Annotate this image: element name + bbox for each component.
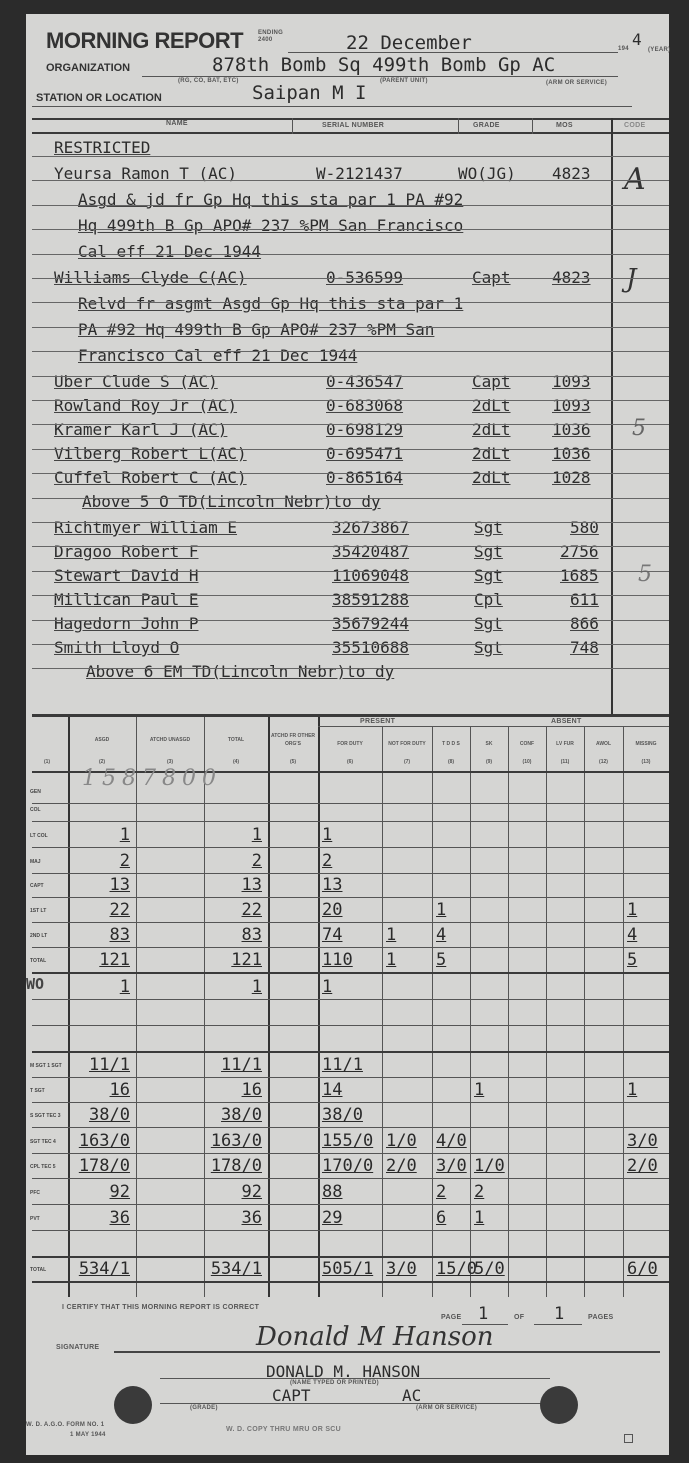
roster-serial: 11069048 xyxy=(332,566,409,585)
roster-grade: 2dLt xyxy=(472,420,511,439)
table-row-divider xyxy=(32,947,669,948)
table-cell: 83 xyxy=(68,925,130,945)
table-row-divider xyxy=(32,922,669,923)
roster-grade: Sgt xyxy=(474,518,503,537)
roster-name: Smith Lloyd O xyxy=(54,638,179,657)
roster-serial: 0-695471 xyxy=(326,444,403,463)
roster-rule-line xyxy=(32,522,669,523)
roster-remark: Francisco Cal eff 21 Dec 1944 xyxy=(78,346,357,365)
table-cell: 4 xyxy=(627,925,637,945)
roster-name: Hagedorn John P xyxy=(54,614,199,633)
roster-remark: Cal eff 21 Dec 1944 xyxy=(78,242,261,261)
table-cell: 110 xyxy=(322,950,353,970)
page-number: 1 xyxy=(478,1304,488,1324)
table-cell: 29 xyxy=(322,1208,342,1228)
pages-label: PAGES xyxy=(588,1314,614,1321)
row-label: T SGT xyxy=(30,1088,45,1094)
table-cell: 2 xyxy=(68,851,130,871)
table-column-divider xyxy=(584,726,585,1297)
column-header: ASGD(2) xyxy=(68,722,136,766)
table-cell: 163/0 xyxy=(194,1131,262,1151)
arm-caption: (ARM OR SERVICE) xyxy=(416,1405,477,1411)
roster-rule-line xyxy=(32,620,669,621)
table-cell: 13 xyxy=(204,875,262,895)
col-header-serial: SERIAL NUMBER xyxy=(322,122,384,129)
table-cell: 38/0 xyxy=(194,1105,262,1125)
form-date: 1 MAY 1944 xyxy=(70,1432,106,1438)
roster-grade: Sgt xyxy=(474,542,503,561)
table-cell: 6/0 xyxy=(627,1259,658,1279)
roster-grade: 2dLt xyxy=(472,468,511,487)
signature: Donald M Hanson xyxy=(256,1322,494,1352)
table-cell: 88 xyxy=(322,1182,342,1202)
row-label: SGT TEC 4 xyxy=(30,1139,56,1145)
table-cell: 4/0 xyxy=(436,1131,467,1151)
table-cell: 534/1 xyxy=(58,1259,130,1279)
organization-value: 878th Bomb Sq 499th Bomb Gp AC xyxy=(212,54,555,76)
roster-name: Dragoo Robert F xyxy=(54,542,199,561)
roster-rule-line xyxy=(32,327,669,328)
present-group-header: PRESENT xyxy=(360,718,395,725)
table-cell: 505/1 xyxy=(322,1259,373,1279)
roster-serial: 38591288 xyxy=(332,590,409,609)
table-row-divider xyxy=(32,972,669,974)
roster-name: Vilberg Robert L(AC) xyxy=(54,444,247,463)
table-cell: 4 xyxy=(436,925,446,945)
table-cell: 3/0 xyxy=(627,1131,658,1151)
row-label: TOTAL xyxy=(30,958,46,964)
row-label: S SGT TEC 3 xyxy=(30,1113,61,1119)
column-header: MISSING(13) xyxy=(623,730,669,766)
roster-remark: PA #92 Hq 499th B Gp APO# 237 %PM San xyxy=(78,320,434,339)
table-row-divider xyxy=(32,1102,669,1103)
roster-rule-line xyxy=(32,473,669,474)
table-row-divider xyxy=(32,847,669,848)
table-cell: 170/0 xyxy=(322,1156,373,1176)
column-header: ATCHD FR OTHER ORG'S(5) xyxy=(268,722,318,766)
table-row-divider xyxy=(32,999,669,1000)
row-label: M SGT 1 SGT xyxy=(30,1063,62,1069)
column-header: TOTAL(4) xyxy=(204,722,268,766)
row-label: 2ND LT xyxy=(30,933,47,939)
table-cell: 1 xyxy=(436,900,446,920)
table-cell: 15/0 xyxy=(436,1259,477,1279)
roster-rule-line xyxy=(32,351,669,352)
roster-remark: Above 6 EM TD(Lincoln Nebr)to dy xyxy=(86,662,394,681)
station-value: Saipan M I xyxy=(252,82,366,104)
row-label: 1ST LT xyxy=(30,908,46,914)
table-column-divider xyxy=(268,717,270,1297)
table-cell: 1 xyxy=(322,977,332,997)
table-cell: 2 xyxy=(204,851,262,871)
row-label: LT COL xyxy=(30,833,48,839)
absent-group-header: ABSENT xyxy=(551,718,582,725)
row-label: TOTAL xyxy=(30,1267,46,1273)
table-cell: 1 xyxy=(386,925,396,945)
roster-serial: 35420487 xyxy=(332,542,409,561)
table-cell: 22 xyxy=(68,900,130,920)
roster-remark: Hq 499th B Gp APO# 237 %PM San Francisco xyxy=(78,216,463,235)
roster-mos: 1093 xyxy=(552,396,591,415)
row-label: GEN xyxy=(30,789,41,795)
page-label: PAGE xyxy=(441,1314,462,1321)
column-header: (1) xyxy=(26,722,68,766)
table-cell: 38/0 xyxy=(322,1105,363,1125)
report-date: 22 December xyxy=(346,32,472,54)
table-cell: 16 xyxy=(204,1080,262,1100)
copy-note: W. D. COPY THRU MRU OR SCU xyxy=(226,1426,341,1433)
punch-hole-right xyxy=(540,1386,578,1424)
table-cell: 1 xyxy=(474,1080,484,1100)
roster-mos: 1028 xyxy=(552,468,591,487)
table-cell: 121 xyxy=(204,950,262,970)
org-caption-right: (ARM OR SERVICE) xyxy=(546,80,607,86)
roster-serial: 0-683068 xyxy=(326,396,403,415)
col-header-mos: MOS xyxy=(556,122,573,129)
roster-rule-line xyxy=(32,229,669,230)
table-cell: 1 xyxy=(68,977,130,997)
roster-serial: 32673867 xyxy=(332,518,409,537)
roster-remark: Asgd & jd fr Gp Hq this sta par 1 PA #92 xyxy=(78,190,463,209)
morning-report-form: MORNING REPORT ENDING 2400 22 December 1… xyxy=(26,14,669,1455)
col-header-name: NAME xyxy=(166,120,188,127)
page-total: 1 xyxy=(554,1304,564,1324)
table-cell: 2/0 xyxy=(386,1156,417,1176)
table-cell: 178/0 xyxy=(58,1156,130,1176)
roster-mos: 1036 xyxy=(552,444,591,463)
table-cell: 2 xyxy=(322,851,332,871)
organization-label: ORGANIZATION xyxy=(46,62,130,74)
table-cell: 36 xyxy=(204,1208,262,1228)
table-cell: 178/0 xyxy=(194,1156,262,1176)
roster-mos: 748 xyxy=(570,638,599,657)
row-label: PVT xyxy=(30,1216,40,1222)
roster-serial: 0-698129 xyxy=(326,420,403,439)
roster-rule-line xyxy=(32,644,669,645)
table-column-divider xyxy=(136,717,137,1297)
punch-hole-left xyxy=(114,1386,152,1424)
roster-rule-line xyxy=(32,449,669,450)
column-header: LV FUR(11) xyxy=(546,730,584,766)
roster-mos: 611 xyxy=(570,590,599,609)
table-cell: 5/0 xyxy=(474,1259,505,1279)
roster-mos: 1036 xyxy=(552,420,591,439)
table-row-divider xyxy=(32,1178,669,1179)
table-cell: 22 xyxy=(204,900,262,920)
table-cell: 20 xyxy=(322,900,342,920)
table-column-divider xyxy=(546,726,547,1297)
roster-code: 5 xyxy=(632,416,646,441)
signature-label: SIGNATURE xyxy=(56,1344,99,1351)
form-title: MORNING REPORT xyxy=(46,28,243,54)
table-row-divider xyxy=(32,1230,669,1231)
table-cell: 6 xyxy=(436,1208,446,1228)
org-caption-mid: (PARENT UNIT) xyxy=(380,78,428,84)
table-cell: 163/0 xyxy=(58,1131,130,1151)
roster-mos: 2756 xyxy=(560,542,599,561)
col-header-grade: GRADE xyxy=(473,122,500,129)
roster-rule-line xyxy=(32,424,669,425)
table-cell: 1 xyxy=(627,1080,637,1100)
table-cell: 2 xyxy=(474,1182,484,1202)
column-header: SK(9) xyxy=(470,730,508,766)
roster-mos: 866 xyxy=(570,614,599,633)
roster-grade: Sgt xyxy=(474,614,503,633)
table-cell: 11/1 xyxy=(58,1055,130,1075)
table-cell: 11/1 xyxy=(194,1055,262,1075)
table-cell: 1 xyxy=(474,1208,484,1228)
roster-rule-line xyxy=(32,595,669,596)
table-column-divider xyxy=(382,726,383,1297)
roster-mos: 580 xyxy=(570,518,599,537)
row-label: WO xyxy=(26,975,44,993)
table-cell: 1 xyxy=(627,900,637,920)
column-header: ATCHD UNASGD(3) xyxy=(136,722,204,766)
table-cell: 74 xyxy=(322,925,342,945)
of-label: OF xyxy=(514,1314,524,1321)
row-label: CAPT xyxy=(30,883,44,889)
roster-serial: 35510688 xyxy=(332,638,409,657)
table-cell: 1/0 xyxy=(474,1156,505,1176)
column-header: FOR DUTY(6) xyxy=(318,730,382,766)
roster-rule-line xyxy=(32,156,669,157)
table-cell: 13 xyxy=(322,875,342,895)
table-column-divider xyxy=(432,726,433,1297)
table-cell: 3/0 xyxy=(386,1259,417,1279)
col-header-code: CODE xyxy=(624,122,645,129)
table-column-divider xyxy=(470,726,471,1297)
roster-rule-line xyxy=(32,400,669,401)
table-row-divider xyxy=(32,1127,669,1128)
table-cell: 14 xyxy=(322,1080,342,1100)
restricted-stamp: RESTRICTED xyxy=(54,138,150,157)
roster-rule-line xyxy=(32,668,669,669)
form-id: W. D. A.G.O. FORM NO. 1 xyxy=(26,1422,104,1428)
station-label: STATION OR LOCATION xyxy=(36,92,162,104)
table-cell: 16 xyxy=(68,1080,130,1100)
table-cell: 2/0 xyxy=(627,1156,658,1176)
table-column-divider xyxy=(623,726,624,1297)
table-row-divider xyxy=(32,1025,669,1026)
table-row-divider xyxy=(32,1204,669,1205)
column-header: CONF(10) xyxy=(508,730,546,766)
table-cell: 92 xyxy=(68,1182,130,1202)
roster-serial: 35679244 xyxy=(332,614,409,633)
roster-grade: 2dLt xyxy=(472,396,511,415)
roster-remark: Above 5 O TD(Lincoln Nebr)to dy xyxy=(82,492,381,511)
roster-rule-line xyxy=(32,302,669,303)
table-cell: 83 xyxy=(204,925,262,945)
roster-name: Cuffel Robert C (AC) xyxy=(54,468,247,487)
roster-name: Rowland Roy Jr (AC) xyxy=(54,396,237,415)
roster-rule-line xyxy=(32,205,669,206)
table-cell: 1 xyxy=(386,950,396,970)
table-cell: 1 xyxy=(322,825,332,845)
roster-grade: Cpl xyxy=(474,590,503,609)
roster-grade: Sgt xyxy=(474,566,503,585)
checkbox-icon xyxy=(624,1434,633,1443)
year-suffix: 4 xyxy=(632,30,642,49)
roster-code: J xyxy=(626,264,636,294)
table-cell: 1 xyxy=(68,825,130,845)
table-cell: 1/0 xyxy=(386,1131,417,1151)
roster-name: Kramer Karl J (AC) xyxy=(54,420,227,439)
roster-name: Stewart David H xyxy=(54,566,199,585)
roster-grade: Sgt xyxy=(474,638,503,657)
table-cell: 1 xyxy=(204,825,262,845)
ending-label: ENDING 2400 xyxy=(258,30,288,44)
roster-serial: 0-865164 xyxy=(326,468,403,487)
roster-rule-line xyxy=(32,498,669,499)
year-prefix: 194 xyxy=(618,46,629,52)
table-cell: 5 xyxy=(627,950,637,970)
table-cell: 155/0 xyxy=(322,1131,373,1151)
row-label: PFC xyxy=(30,1190,40,1196)
table-column-divider xyxy=(508,726,509,1297)
table-cell: 1 xyxy=(204,977,262,997)
row-label: COL xyxy=(30,807,41,813)
roster-mos: 1685 xyxy=(560,566,599,585)
table-cell: 5 xyxy=(436,950,446,970)
table-cell: 534/1 xyxy=(194,1259,262,1279)
table-row-divider xyxy=(32,821,669,822)
roster-rule-line xyxy=(32,278,669,279)
org-caption-left: (RG, CO, BAT, ETC) xyxy=(178,78,239,84)
table-row-divider xyxy=(32,897,669,898)
handwritten-note: 1587800 xyxy=(82,766,222,791)
table-row-divider xyxy=(32,1077,669,1078)
table-cell: 3/0 xyxy=(436,1156,467,1176)
table-cell: 11/1 xyxy=(322,1055,363,1075)
table-cell: 121 xyxy=(68,950,130,970)
row-label: MAJ xyxy=(30,859,41,865)
column-header: AWOL(12) xyxy=(584,730,623,766)
roster-remark: Relvd fr asgmt Asgd Gp Hq this sta par 1 xyxy=(78,294,463,313)
table-row-divider xyxy=(32,873,669,874)
table-cell: 36 xyxy=(68,1208,130,1228)
column-header: NOT FOR DUTY(7) xyxy=(382,730,432,766)
roster-grade: 2dLt xyxy=(472,444,511,463)
roster-rule-line xyxy=(32,376,669,377)
roster-code: 5 xyxy=(638,562,652,587)
roster-name: Richtmyer William E xyxy=(54,518,237,537)
certify-statement: I CERTIFY THAT THIS MORNING REPORT IS CO… xyxy=(62,1304,259,1311)
table-row-divider xyxy=(32,1256,669,1258)
table-cell: 2 xyxy=(436,1182,446,1202)
roster-name: Millican Paul E xyxy=(54,590,199,609)
table-cell: 13 xyxy=(68,875,130,895)
roster-rule-line xyxy=(32,571,669,572)
roster-rule-line xyxy=(32,546,669,547)
table-column-divider xyxy=(318,717,320,1297)
table-row-divider xyxy=(32,1281,669,1283)
roster-rule-line xyxy=(32,254,669,255)
row-label: CPL TEC 5 xyxy=(30,1164,55,1170)
table-row-divider xyxy=(32,803,669,804)
table-cell: 38/0 xyxy=(58,1105,130,1125)
grade-caption: (GRADE) xyxy=(190,1405,218,1411)
table-row-divider xyxy=(32,1051,669,1053)
table-row-divider xyxy=(32,1153,669,1154)
roster-rule-line xyxy=(32,180,669,181)
year-caption: (YEAR) xyxy=(648,47,670,53)
column-header: T D D S(8) xyxy=(432,730,470,766)
table-cell: 92 xyxy=(204,1182,262,1202)
